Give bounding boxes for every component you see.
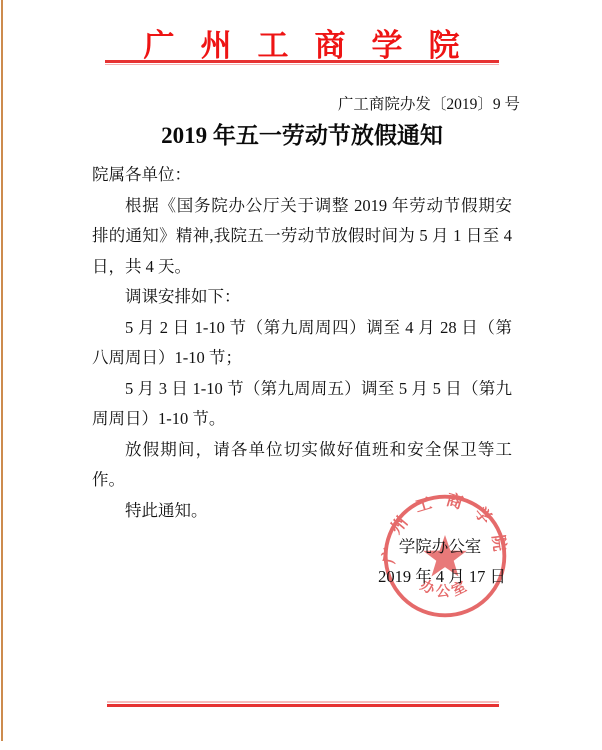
letterhead-org-title: 广州工商学院 [95,20,508,65]
rule-line-thin [107,701,499,703]
page-edge-line [1,0,3,741]
paragraph: 放假期间，请各单位切实做好值班和安全保卫等工作。 [92,435,512,496]
signature-office: 学院办公室 [375,533,505,557]
rule-line-thick [105,60,499,63]
signature-date: 2019 年 4 月 17 日 [368,563,516,587]
notice-title: 2019 年五一劳动节放假通知 [92,117,512,150]
notice-document-page: 广州工商学院 广工商院办发〔2019〕9 号 2019 年五一劳动节放假通知 院… [0,0,602,750]
paragraph: 根据《国务院办公厅关于调整 2019 年劳动节假期安排的通知》精神,我院五一劳动… [92,191,512,283]
rule-line-thick [107,704,499,707]
salutation: 院属各单位： [92,160,512,191]
footer-double-rule [107,701,499,707]
document-number: 广工商院办发〔2019〕9 号 [95,92,520,114]
paragraph: 5 月 3 日 1-10 节（第九周周五）调至 5 月 5 日（第九周周日）1-… [92,374,512,435]
notice-body: 院属各单位： 根据《国务院办公厅关于调整 2019 年劳动节假期安排的通知》精神… [92,160,512,526]
paragraph: 特此通知。 [92,496,512,527]
paragraph: 5 月 2 日 1-10 节（第九周周四）调至 4 月 28 日（第八周周日）1… [92,313,512,374]
paragraph: 调课安排如下： [92,282,512,313]
letterhead-double-rule [105,60,499,65]
rule-line-thin [105,64,499,65]
